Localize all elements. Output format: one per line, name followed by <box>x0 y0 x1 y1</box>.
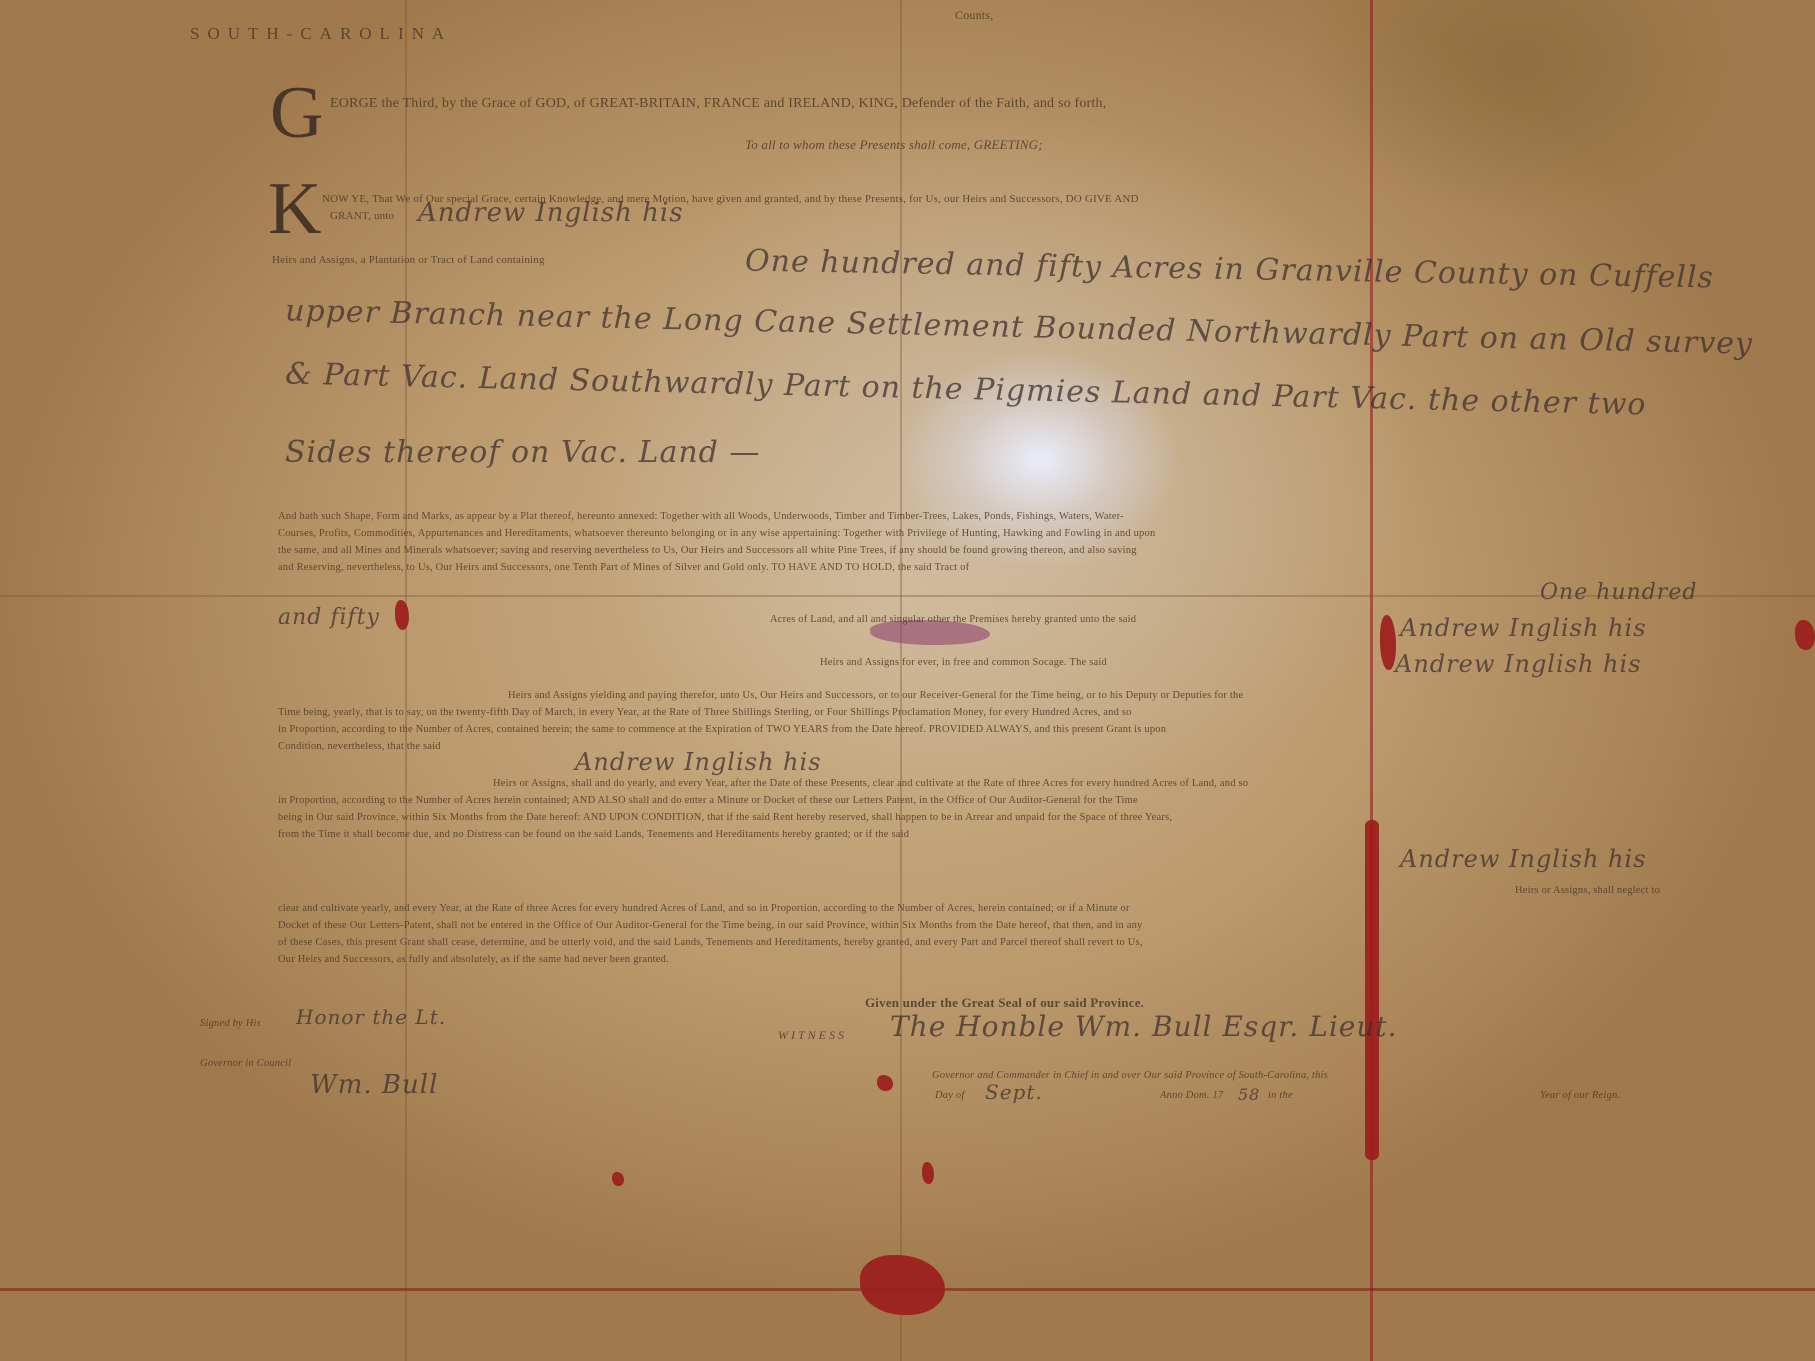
body-line: Courses, Profits, Commodities, Appurtena… <box>278 525 1155 542</box>
neglect-line: Heirs or Assigns, shall neglect to <box>1515 885 1660 896</box>
acres-handwritten-1: One hundred <box>1540 580 1697 605</box>
county-marker: Counts, <box>955 8 993 23</box>
body-line: and Reserving, nevertheless, to Us, Our … <box>278 559 1155 576</box>
body-paragraph-1: And hath such Shape, Form and Marks, as … <box>278 508 1155 576</box>
dropcap-k: K <box>268 172 321 246</box>
grantee-name: Andrew Inglish his <box>418 198 684 228</box>
governor-in-council-label: Governor in Council <box>200 1058 291 1069</box>
body-line: in Proportion, according to the Number o… <box>278 721 1243 738</box>
body-line: Heirs and Assigns yielding and paying th… <box>278 687 1243 704</box>
grantee-name-2: Andrew Inglish his <box>1400 614 1647 642</box>
body-line: from the Time it shall become due, and n… <box>278 826 1248 843</box>
grant-line-2: GRANT, unto <box>330 210 394 222</box>
day-of-label: Day of <box>935 1090 965 1101</box>
dropcap-g: G <box>270 76 323 150</box>
signed-by-label: Signed by His <box>200 1018 261 1029</box>
body-line: Our Heirs and Successors, as fully and a… <box>278 951 1143 968</box>
acres-line: Acres of Land, and all and singular othe… <box>770 614 1136 625</box>
governor-signature: Wm. Bull <box>310 1070 438 1100</box>
in-the-label: in the <box>1268 1090 1293 1101</box>
body-line: Time being, yearly, that is to say, on t… <box>278 704 1243 721</box>
body-paragraph-3: Heirs or Assigns, shall and do yearly, a… <box>278 775 1248 843</box>
heirs-line: Heirs and Assigns for ever, in free and … <box>820 657 1107 668</box>
month-handwritten: Sept. <box>985 1080 1043 1104</box>
body-line: being in Our said Province, within Six M… <box>278 809 1248 826</box>
body-line: clear and cultivate yearly, and every Ye… <box>278 900 1143 917</box>
grantee-name-3: Andrew Inglish his <box>1395 650 1642 678</box>
great-seal-line: Given under the Great Seal of our said P… <box>865 995 1144 1011</box>
body-paragraph-4: clear and cultivate yearly, and every Ye… <box>278 900 1143 968</box>
preamble-greeting: To all to whom these Presents shall come… <box>745 137 1043 153</box>
wax-seal-remnant <box>877 1075 893 1091</box>
grant-line-3: Heirs and Assigns, a Plantation or Tract… <box>272 254 545 266</box>
wax-seal-remnant <box>612 1172 624 1186</box>
body-line: And hath such Shape, Form and Marks, as … <box>278 508 1155 525</box>
witness-name: The Honble Wm. Bull Esqr. Lieut. <box>890 1010 1398 1043</box>
rent-clause: Heirs and Assigns yielding and paying th… <box>278 687 1243 755</box>
wax-seal-remnant <box>1365 820 1379 1160</box>
body-line: the same, and all Mines and Minerals wha… <box>278 542 1155 559</box>
body-line: in Proportion, according to the Number o… <box>278 792 1248 809</box>
body-line: Docket of these Our Letters-Patent, shal… <box>278 917 1143 934</box>
acres-handwritten-2: and fifty <box>278 605 380 630</box>
preamble-line-1: EORGE the Third, by the Grace of GOD, of… <box>330 96 1106 112</box>
grantee-name-5: Andrew Inglish his <box>1400 845 1647 873</box>
honor-handwritten: Honor the Lt. <box>296 1005 446 1029</box>
year-of-reign-label: Year of our Reign. <box>1540 1090 1620 1101</box>
grantee-name-4: Andrew Inglish his <box>575 748 822 776</box>
body-line: Heirs or Assigns, shall and do yearly, a… <box>278 775 1248 792</box>
year-handwritten: 58 <box>1238 1085 1260 1104</box>
body-line: of these Cases, this present Grant shall… <box>278 934 1143 951</box>
anno-domini-label: Anno Dom. 17 <box>1160 1090 1223 1101</box>
province-heading: SOUTH-CAROLINA <box>190 24 452 44</box>
wax-seal-remnant <box>922 1162 934 1184</box>
land-description-line-4: Sides thereof on Vac. Land — <box>285 435 760 470</box>
witness-label: WITNESS <box>778 1028 847 1043</box>
